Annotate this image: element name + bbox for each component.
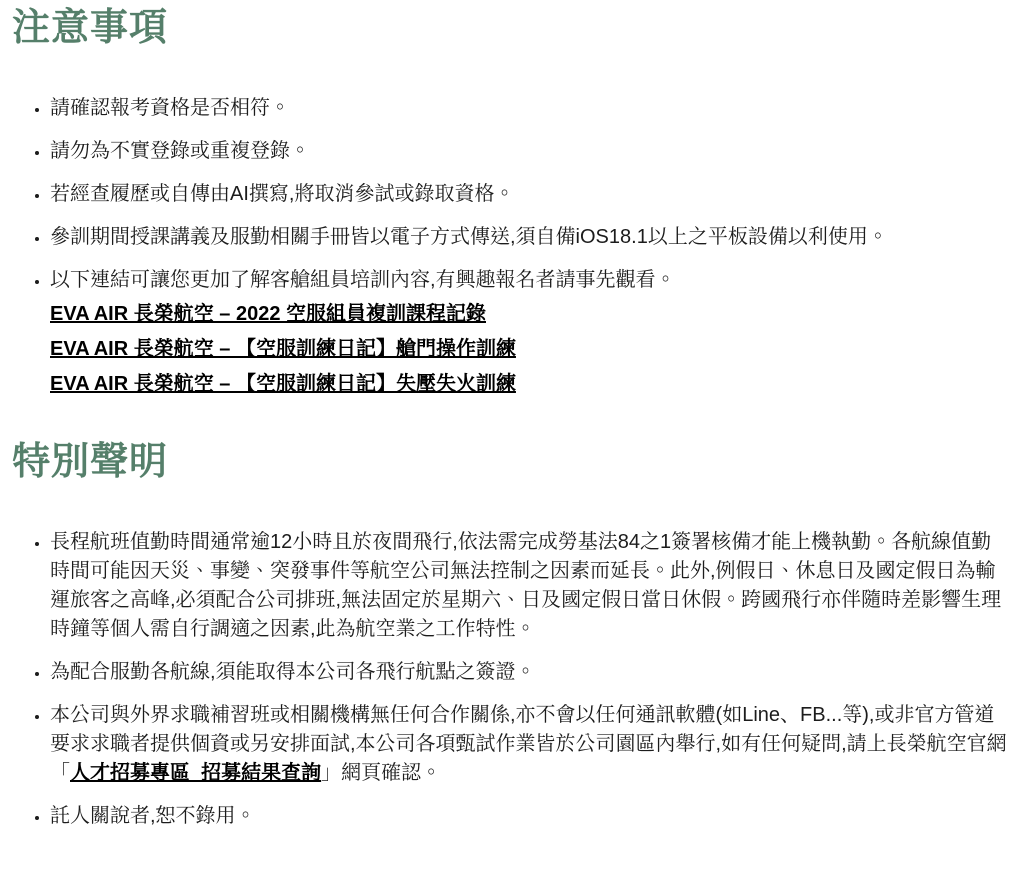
notice-item-text: 參訓期間授課講義及服勤相關手冊皆以電子方式傳送,須自備iOS18.1以上之平板設… xyxy=(50,226,888,248)
statement-item-text: 長程航班值勤時間通常逾12小時且於夜間飛行,依法需完成勞基法84之1簽署核備才能… xyxy=(50,531,1001,640)
training-video-link-retraining-2022[interactable]: EVA AIR 長榮航空 – 2022 空服組員複訓課程記錄 xyxy=(50,297,1008,332)
statement-list: 長程航班值勤時間通常逾12小時且於夜間飛行,依法需完成勞基法84之1簽署核備才能… xyxy=(12,528,1008,831)
list-item: 長程航班值勤時間通常逾12小時且於夜間飛行,依法需完成勞基法84之1簽署核備才能… xyxy=(50,528,1008,644)
list-item: 本公司與外界求職補習班或相關機構無任何合作關係,亦不會以任何通訊軟體(如Line… xyxy=(50,701,1008,788)
list-item: 若經查履歷或自傳由AI撰寫,將取消參試或錄取資格。 xyxy=(50,180,1008,209)
notice-item-text: 請確認報考資格是否相符。 xyxy=(50,97,290,119)
list-item: 請確認報考資格是否相符。 xyxy=(50,94,1008,123)
notice-item-text: 若經查履歷或自傳由AI撰寫,將取消參試或錄取資格。 xyxy=(50,183,514,205)
notice-section-title: 注意事項 xyxy=(12,6,1008,50)
list-item: 託人關說者,恕不錄用。 xyxy=(50,802,1008,831)
list-item: 為配合服勤各航線,須能取得本公司各飛行航點之簽證。 xyxy=(50,658,1008,687)
statement-item-text: 為配合服勤各航線,須能取得本公司各飛行航點之簽證。 xyxy=(50,661,536,683)
statement-section-title: 特別聲明 xyxy=(12,440,1008,484)
training-video-links: EVA AIR 長榮航空 – 2022 空服組員複訓課程記錄 EVA AIR 長… xyxy=(50,297,1008,402)
statement-item-text: 託人關說者,恕不錄用。 xyxy=(50,805,256,827)
list-item: 參訓期間授課講義及服勤相關手冊皆以電子方式傳送,須自備iOS18.1以上之平板設… xyxy=(50,223,1008,252)
recruitment-result-query-link[interactable]: 人才招募專區_招募結果查詢 xyxy=(70,762,321,784)
list-item: 以下連結可讓您更加了解客艙組員培訓內容,有興趣報名者請事先觀看。 EVA AIR… xyxy=(50,266,1008,402)
statement-item-text: 」網頁確認。 xyxy=(321,762,441,784)
list-item: 請勿為不實登錄或重複登錄。 xyxy=(50,137,1008,166)
page: 注意事項 請確認報考資格是否相符。 請勿為不實登錄或重複登錄。 若經查履歷或自傳… xyxy=(0,0,1024,831)
notice-section: 注意事項 請確認報考資格是否相符。 請勿為不實登錄或重複登錄。 若經查履歷或自傳… xyxy=(12,6,1008,402)
notice-item-text: 請勿為不實登錄或重複登錄。 xyxy=(50,140,310,162)
training-video-link-decompression-fire[interactable]: EVA AIR 長榮航空 – 【空服訓練日記】失壓失火訓練 xyxy=(50,367,1008,402)
notice-list: 請確認報考資格是否相符。 請勿為不實登錄或重複登錄。 若經查履歷或自傳由AI撰寫… xyxy=(12,94,1008,402)
notice-item-text: 以下連結可讓您更加了解客艙組員培訓內容,有興趣報名者請事先觀看。 xyxy=(50,269,676,291)
statement-section: 特別聲明 長程航班值勤時間通常逾12小時且於夜間飛行,依法需完成勞基法84之1簽… xyxy=(12,440,1008,831)
training-video-link-door-operation[interactable]: EVA AIR 長榮航空 – 【空服訓練日記】艙門操作訓練 xyxy=(50,332,1008,367)
